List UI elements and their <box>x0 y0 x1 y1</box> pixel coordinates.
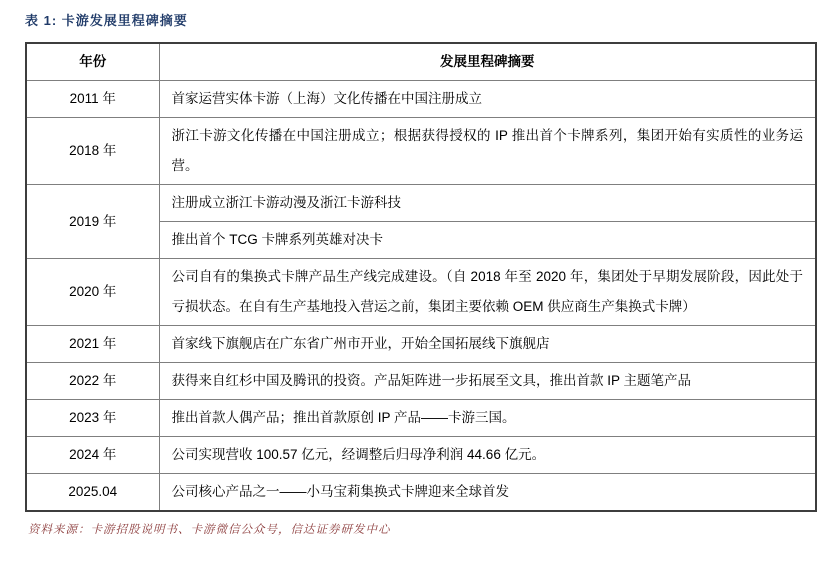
year-cell: 2011 年 <box>26 81 159 118</box>
table-row: 2025.04 公司核心产品之一——小马宝莉集换式卡牌迎来全球首发 <box>26 474 816 512</box>
milestone-cell: 公司核心产品之一——小马宝莉集换式卡牌迎来全球首发 <box>159 474 816 512</box>
year-cell: 2023 年 <box>26 400 159 437</box>
table-row: 2021 年 首家线下旗舰店在广东省广州市开业，开始全国拓展线下旗舰店 <box>26 326 816 363</box>
year-cell: 2019 年 <box>26 185 159 259</box>
year-cell: 2024 年 <box>26 437 159 474</box>
milestone-cell: 推出首款人偶产品；推出首款原创 IP 产品——卡游三国。 <box>159 400 816 437</box>
table-row: 2023 年 推出首款人偶产品；推出首款原创 IP 产品——卡游三国。 <box>26 400 816 437</box>
table-row: 2020 年 公司自有的集换式卡牌产品生产线完成建设。（自 2018 年至 20… <box>26 259 816 326</box>
header-row: 年份 发展里程碑摘要 <box>26 43 816 81</box>
milestone-column-header: 发展里程碑摘要 <box>159 43 816 81</box>
table-row: 2022 年 获得来自红杉中国及腾讯的投资。产品矩阵进一步拓展至文具，推出首款 … <box>26 363 816 400</box>
table-row: 2018 年 浙江卡游文化传播在中国注册成立；根据获得授权的 IP 推出首个卡牌… <box>26 118 816 185</box>
source-note: 资料来源：卡游招股说明书、卡游微信公众号，信达证券研发中心 <box>25 521 817 537</box>
milestone-cell: 公司实现营收 100.57 亿元，经调整后归母净利润 44.66 亿元。 <box>159 437 816 474</box>
year-cell: 2020 年 <box>26 259 159 326</box>
table-title: 表 1: 卡游发展里程碑摘要 <box>25 10 817 29</box>
milestone-table: 年份 发展里程碑摘要 2011 年 首家运营实体卡游（上海）文化传播在中国注册成… <box>25 42 817 512</box>
year-cell: 2022 年 <box>26 363 159 400</box>
milestone-cell: 注册成立浙江卡游动漫及浙江卡游科技 <box>159 185 816 222</box>
milestone-cell: 公司自有的集换式卡牌产品生产线完成建设。（自 2018 年至 2020 年，集团… <box>159 259 816 326</box>
milestone-cell: 浙江卡游文化传播在中国注册成立；根据获得授权的 IP 推出首个卡牌系列，集团开始… <box>159 118 816 185</box>
year-cell: 2018 年 <box>26 118 159 185</box>
milestone-cell: 首家运营实体卡游（上海）文化传播在中国注册成立 <box>159 81 816 118</box>
table-row: 2011 年 首家运营实体卡游（上海）文化传播在中国注册成立 <box>26 81 816 118</box>
milestone-cell: 首家线下旗舰店在广东省广州市开业，开始全国拓展线下旗舰店 <box>159 326 816 363</box>
year-cell: 2021 年 <box>26 326 159 363</box>
year-cell: 2025.04 <box>26 474 159 512</box>
milestone-cell: 推出首个 TCG 卡牌系列英雄对决卡 <box>159 222 816 259</box>
table-row: 2024 年 公司实现营收 100.57 亿元，经调整后归母净利润 44.66 … <box>26 437 816 474</box>
year-column-header: 年份 <box>26 43 159 81</box>
milestone-cell: 获得来自红杉中国及腾讯的投资。产品矩阵进一步拓展至文具，推出首款 IP 主题笔产… <box>159 363 816 400</box>
table-row: 2019 年 注册成立浙江卡游动漫及浙江卡游科技 <box>26 185 816 222</box>
report-table-page: 表 1: 卡游发展里程碑摘要 年份 发展里程碑摘要 2011 年 首家运营实体卡… <box>0 0 840 537</box>
